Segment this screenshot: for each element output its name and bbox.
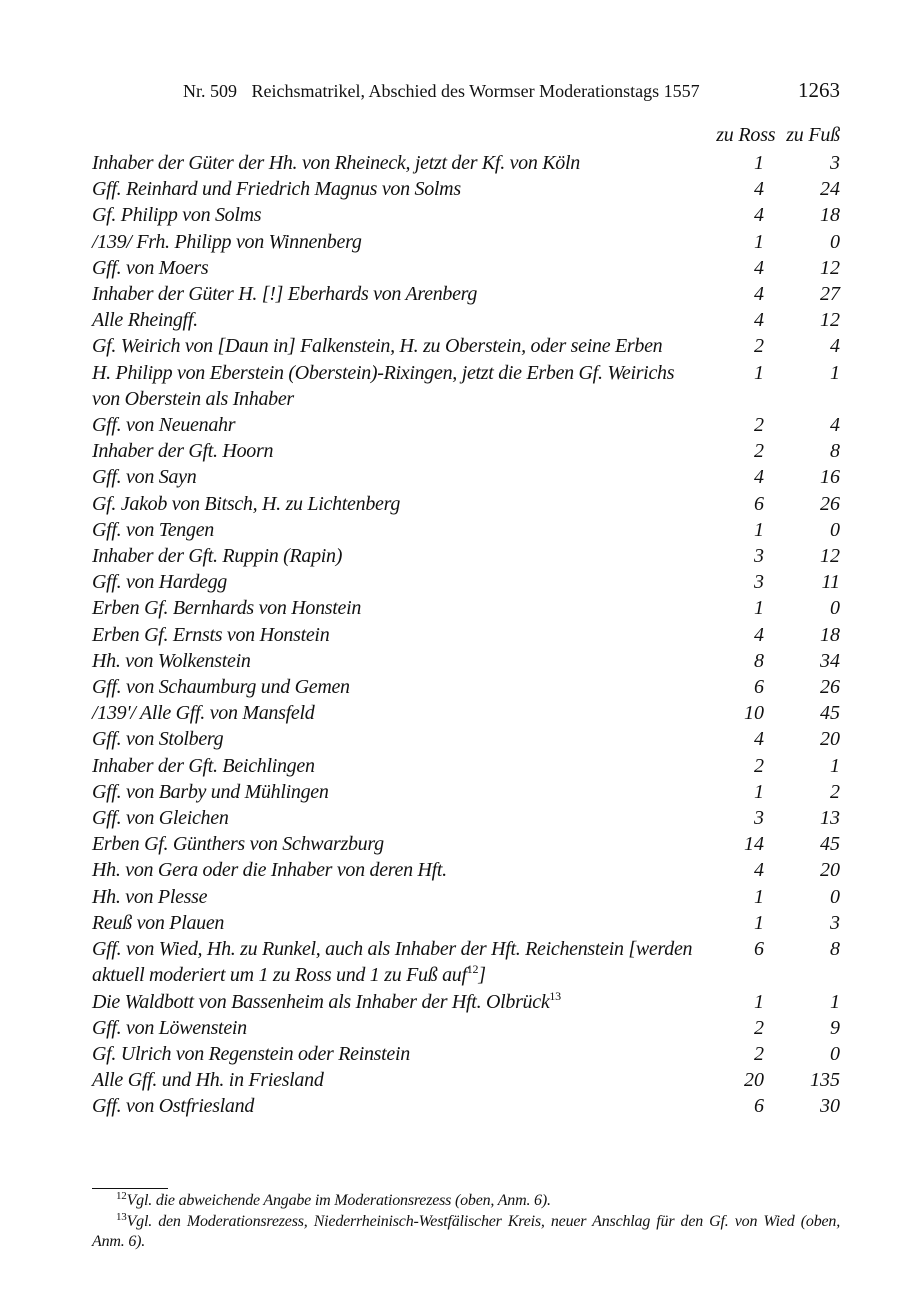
row-fuss-value: 26 (764, 491, 840, 517)
row-name-text: Gf. Ulrich von Regenstein oder Reinstein (92, 1043, 410, 1065)
row-name: H. Philipp von Eberstein (Oberstein)-Rix… (92, 360, 700, 412)
row-name: Gff. von Moers (92, 255, 700, 281)
row-ross-value: 14 (700, 831, 764, 857)
row-name: Hh. von Gera oder die Inhaber von deren … (92, 857, 700, 883)
table-row: Hh. von Wolkenstein834 (92, 648, 840, 674)
row-fuss-value: 8 (764, 936, 840, 962)
row-fuss-value: 0 (764, 517, 840, 543)
row-fuss-value: 20 (764, 857, 840, 883)
table-row: Gf. Ulrich von Regenstein oder Reinstein… (92, 1041, 840, 1067)
table-row: Inhaber der Güter der Hh. von Rheineck, … (92, 150, 840, 176)
row-name-text: /139'/ Alle Gff. von Mansfeld (92, 702, 314, 724)
document-title: Reichsmatrikel, Abschied des Wormser Mod… (252, 81, 700, 101)
row-name-text: Gf. Weirich von [Daun in] Falkenstein, H… (92, 335, 662, 357)
row-name: Reuß von Plauen (92, 910, 700, 936)
table-row: Gff. von Schaumburg und Gemen626 (92, 674, 840, 700)
row-name: Gff. von Neuenahr (92, 412, 700, 438)
row-ross-value: 4 (700, 255, 764, 281)
table-row: Die Waldbott von Bassenheim als Inhaber … (92, 989, 840, 1015)
row-name: Gff. von Hardegg (92, 569, 700, 595)
row-ross-value: 6 (700, 674, 764, 700)
table-row: /139/ Frh. Philipp von Winnenberg10 (92, 229, 840, 255)
row-name-text: Gff. von Barby und Mühlingen (92, 781, 329, 803)
row-fuss-value: 27 (764, 281, 840, 307)
row-name-text: Gff. von Schaumburg und Gemen (92, 676, 350, 698)
row-fuss-value: 0 (764, 595, 840, 621)
table-row: Gff. von Wied, Hh. zu Runkel, auch als I… (92, 936, 840, 988)
row-ross-value: 1 (700, 229, 764, 255)
table-row: Inhaber der Gft. Beichlingen21 (92, 753, 840, 779)
row-fuss-value: 11 (764, 569, 840, 595)
column-header-ross: zu Ross (716, 124, 775, 146)
row-ross-value: 6 (700, 491, 764, 517)
row-name: Gff. von Sayn (92, 464, 700, 490)
row-fuss-value: 1 (764, 989, 840, 1015)
table-row: Hh. von Gera oder die Inhaber von deren … (92, 857, 840, 883)
row-name: Erben Gf. Günthers von Schwarzburg (92, 831, 700, 857)
table-row: Gf. Jakob von Bitsch, H. zu Lichtenberg6… (92, 491, 840, 517)
row-name: Inhaber der Gft. Beichlingen (92, 753, 700, 779)
row-name-text: Gff. von Ostfriesland (92, 1095, 254, 1117)
row-name-text: Gff. von Moers (92, 257, 208, 279)
row-name: Inhaber der Gft. Hoorn (92, 438, 700, 464)
row-fuss-value: 0 (764, 884, 840, 910)
row-ross-value: 4 (700, 176, 764, 202)
row-name: Gff. von Gleichen (92, 805, 700, 831)
row-fuss-value: 12 (764, 255, 840, 281)
footnote: 12Vgl. die abweichende Angabe im Moderat… (92, 1191, 840, 1212)
table-row: Gff. von Ostfriesland630 (92, 1093, 840, 1119)
header-title-group: Nr. 509 Reichsmatrikel, Abschied des Wor… (183, 81, 700, 102)
row-fuss-value: 0 (764, 229, 840, 255)
row-ross-value: 4 (700, 307, 764, 333)
row-name: Inhaber der Gft. Ruppin (Rapin) (92, 543, 700, 569)
row-name-text: Gff. Reinhard und Friedrich Magnus von S… (92, 178, 461, 200)
row-name-text: Hh. von Wolkenstein (92, 650, 251, 672)
table-row: Gff. von Tengen10 (92, 517, 840, 543)
table-row: Hh. von Plesse10 (92, 884, 840, 910)
row-name-tail: ] (478, 964, 485, 986)
row-name-text: Gff. von Sayn (92, 466, 196, 488)
row-ross-value: 8 (700, 648, 764, 674)
table-row: Gff. von Stolberg420 (92, 726, 840, 752)
row-fuss-value: 3 (764, 910, 840, 936)
row-ross-value: 2 (700, 412, 764, 438)
row-fuss-value: 3 (764, 150, 840, 176)
row-name-text: H. Philipp von Eberstein (Oberstein)-Rix… (92, 362, 674, 410)
table-row: Gff. von Sayn416 (92, 464, 840, 490)
row-ross-value: 1 (700, 150, 764, 176)
table-row: /139'/ Alle Gff. von Mansfeld1045 (92, 700, 840, 726)
table-row: Gff. von Neuenahr24 (92, 412, 840, 438)
row-ross-value: 1 (700, 884, 764, 910)
row-ross-value: 3 (700, 805, 764, 831)
table-row: Erben Gf. Ernsts von Honstein418 (92, 622, 840, 648)
table-row: Gff. von Hardegg311 (92, 569, 840, 595)
footnote-mark: 12 (116, 1190, 127, 1202)
footnote-reference[interactable]: 12 (467, 962, 478, 976)
row-fuss-value: 1 (764, 753, 840, 779)
row-name-text: Gff. von Hardegg (92, 571, 227, 593)
table-row: Alle Rheingff.412 (92, 307, 840, 333)
row-ross-value: 4 (700, 726, 764, 752)
row-fuss-value: 12 (764, 307, 840, 333)
row-name: Hh. von Plesse (92, 884, 700, 910)
row-name: Gff. von Löwenstein (92, 1015, 700, 1041)
row-ross-value: 4 (700, 857, 764, 883)
row-ross-value: 20 (700, 1067, 764, 1093)
table-row: Gff. von Barby und Mühlingen12 (92, 779, 840, 805)
row-name: Gf. Philipp von Solms (92, 202, 700, 228)
row-name-text: Inhaber der Güter H. [!] Eberhards von A… (92, 283, 477, 305)
table-row: Inhaber der Gft. Ruppin (Rapin)312 (92, 543, 840, 569)
row-ross-value: 2 (700, 438, 764, 464)
row-name-text: Hh. von Plesse (92, 886, 207, 908)
row-fuss-value: 26 (764, 674, 840, 700)
row-fuss-value: 8 (764, 438, 840, 464)
row-fuss-value: 4 (764, 333, 840, 359)
row-name-text: Gff. von Löwenstein (92, 1017, 247, 1039)
table-row: Reuß von Plauen13 (92, 910, 840, 936)
row-ross-value: 1 (700, 360, 764, 386)
row-fuss-value: 18 (764, 622, 840, 648)
matrikel-table: Inhaber der Güter der Hh. von Rheineck, … (92, 150, 840, 1120)
row-name-text: Gff. von Tengen (92, 519, 214, 541)
row-name: /139/ Frh. Philipp von Winnenberg (92, 229, 700, 255)
row-fuss-value: 20 (764, 726, 840, 752)
row-ross-value: 2 (700, 1041, 764, 1067)
row-name-text: /139/ Frh. Philipp von Winnenberg (92, 231, 362, 253)
row-name-text: Inhaber der Gft. Hoorn (92, 440, 273, 462)
row-ross-value: 4 (700, 622, 764, 648)
footnote-text: Vgl. die abweichende Angabe im Moderatio… (127, 1192, 551, 1209)
row-ross-value: 2 (700, 753, 764, 779)
row-name: Gff. von Stolberg (92, 726, 700, 752)
row-ross-value: 6 (700, 936, 764, 962)
table-row: Gff. von Löwenstein29 (92, 1015, 840, 1041)
row-name: Inhaber der Güter H. [!] Eberhards von A… (92, 281, 700, 307)
row-name: Gf. Jakob von Bitsch, H. zu Lichtenberg (92, 491, 700, 517)
row-name: Alle Rheingff. (92, 307, 700, 333)
table-row: Gff. Reinhard und Friedrich Magnus von S… (92, 176, 840, 202)
row-name-text: Alle Gff. und Hh. in Friesland (92, 1069, 324, 1091)
footnote-mark: 13 (116, 1211, 127, 1223)
row-name-text: Inhaber der Gft. Ruppin (Rapin) (92, 545, 342, 567)
row-fuss-value: 24 (764, 176, 840, 202)
row-name-text: Inhaber der Güter der Hh. von Rheineck, … (92, 152, 580, 174)
row-name: Gff. von Tengen (92, 517, 700, 543)
row-fuss-value: 135 (764, 1067, 840, 1093)
row-name: Gf. Weirich von [Daun in] Falkenstein, H… (92, 333, 700, 359)
row-name-text: Die Waldbott von Bassenheim als Inhaber … (92, 991, 549, 1013)
row-ross-value: 6 (700, 1093, 764, 1119)
row-ross-value: 1 (700, 910, 764, 936)
row-name: Gff. von Ostfriesland (92, 1093, 700, 1119)
table-row: Gf. Philipp von Solms418 (92, 202, 840, 228)
footnote-reference[interactable]: 13 (549, 989, 560, 1003)
row-fuss-value: 45 (764, 831, 840, 857)
column-header-fuss: zu Fuß (786, 124, 840, 146)
row-name: Alle Gff. und Hh. in Friesland (92, 1067, 700, 1093)
row-fuss-value: 4 (764, 412, 840, 438)
running-header: Nr. 509 Reichsmatrikel, Abschied des Wor… (183, 78, 840, 103)
row-name: Gff. von Barby und Mühlingen (92, 779, 700, 805)
table-row: Gf. Weirich von [Daun in] Falkenstein, H… (92, 333, 840, 359)
row-name-text: Hh. von Gera oder die Inhaber von deren … (92, 859, 447, 881)
row-name-text: Gf. Philipp von Solms (92, 204, 261, 226)
row-ross-value: 10 (700, 700, 764, 726)
row-name-text: Reuß von Plauen (92, 912, 224, 934)
row-ross-value: 2 (700, 333, 764, 359)
row-fuss-value: 34 (764, 648, 840, 674)
row-name-text: Gff. von Wied, Hh. zu Runkel, auch als I… (92, 938, 692, 986)
row-name: Erben Gf. Bernhards von Honstein (92, 595, 700, 621)
row-fuss-value: 13 (764, 805, 840, 831)
column-headers: zu Ross zu Fuß (716, 124, 840, 147)
row-name-text: Gff. von Neuenahr (92, 414, 235, 436)
row-fuss-value: 12 (764, 543, 840, 569)
row-name-text: Erben Gf. Günthers von Schwarzburg (92, 833, 384, 855)
page-number: 1263 (798, 78, 840, 103)
row-fuss-value: 9 (764, 1015, 840, 1041)
row-name: /139'/ Alle Gff. von Mansfeld (92, 700, 700, 726)
row-name: Inhaber der Güter der Hh. von Rheineck, … (92, 150, 700, 176)
row-name: Hh. von Wolkenstein (92, 648, 700, 674)
row-name: Die Waldbott von Bassenheim als Inhaber … (92, 989, 700, 1015)
row-ross-value: 1 (700, 595, 764, 621)
row-name: Gf. Ulrich von Regenstein oder Reinstein (92, 1041, 700, 1067)
footnotes: 12Vgl. die abweichende Angabe im Moderat… (92, 1191, 840, 1253)
row-fuss-value: 18 (764, 202, 840, 228)
row-ross-value: 3 (700, 569, 764, 595)
row-name-text: Alle Rheingff. (92, 309, 198, 331)
footnote: 13Vgl. den Moderationsrezess, Niederrhei… (92, 1212, 840, 1253)
row-name: Erben Gf. Ernsts von Honstein (92, 622, 700, 648)
document-number: Nr. 509 (183, 81, 237, 101)
row-name: Gff. Reinhard und Friedrich Magnus von S… (92, 176, 700, 202)
table-row: H. Philipp von Eberstein (Oberstein)-Rix… (92, 360, 840, 412)
row-ross-value: 3 (700, 543, 764, 569)
table-row: Inhaber der Güter H. [!] Eberhards von A… (92, 281, 840, 307)
row-name-text: Inhaber der Gft. Beichlingen (92, 755, 315, 777)
row-name: Gff. von Schaumburg und Gemen (92, 674, 700, 700)
table-row: Gff. von Moers412 (92, 255, 840, 281)
table-row: Inhaber der Gft. Hoorn28 (92, 438, 840, 464)
footnote-text: Vgl. den Moderationsrezess, Niederrheini… (92, 1213, 840, 1251)
row-name-text: Erben Gf. Bernhards von Honstein (92, 597, 361, 619)
table-row: Erben Gf. Günthers von Schwarzburg1445 (92, 831, 840, 857)
row-fuss-value: 16 (764, 464, 840, 490)
footnote-rule (92, 1188, 168, 1189)
row-ross-value: 4 (700, 281, 764, 307)
row-ross-value: 2 (700, 1015, 764, 1041)
row-ross-value: 4 (700, 202, 764, 228)
table-row: Gff. von Gleichen313 (92, 805, 840, 831)
table-row: Erben Gf. Bernhards von Honstein10 (92, 595, 840, 621)
row-fuss-value: 0 (764, 1041, 840, 1067)
row-name-text: Erben Gf. Ernsts von Honstein (92, 624, 329, 646)
row-name-text: Gff. von Gleichen (92, 807, 229, 829)
row-fuss-value: 30 (764, 1093, 840, 1119)
table-row: Alle Gff. und Hh. in Friesland20135 (92, 1067, 840, 1093)
row-name: Gff. von Wied, Hh. zu Runkel, auch als I… (92, 936, 700, 988)
row-ross-value: 1 (700, 517, 764, 543)
row-name-text: Gf. Jakob von Bitsch, H. zu Lichtenberg (92, 493, 400, 515)
row-ross-value: 4 (700, 464, 764, 490)
row-fuss-value: 1 (764, 360, 840, 386)
row-ross-value: 1 (700, 779, 764, 805)
row-fuss-value: 2 (764, 779, 840, 805)
row-ross-value: 1 (700, 989, 764, 1015)
row-name-text: Gff. von Stolberg (92, 728, 223, 750)
row-fuss-value: 45 (764, 700, 840, 726)
